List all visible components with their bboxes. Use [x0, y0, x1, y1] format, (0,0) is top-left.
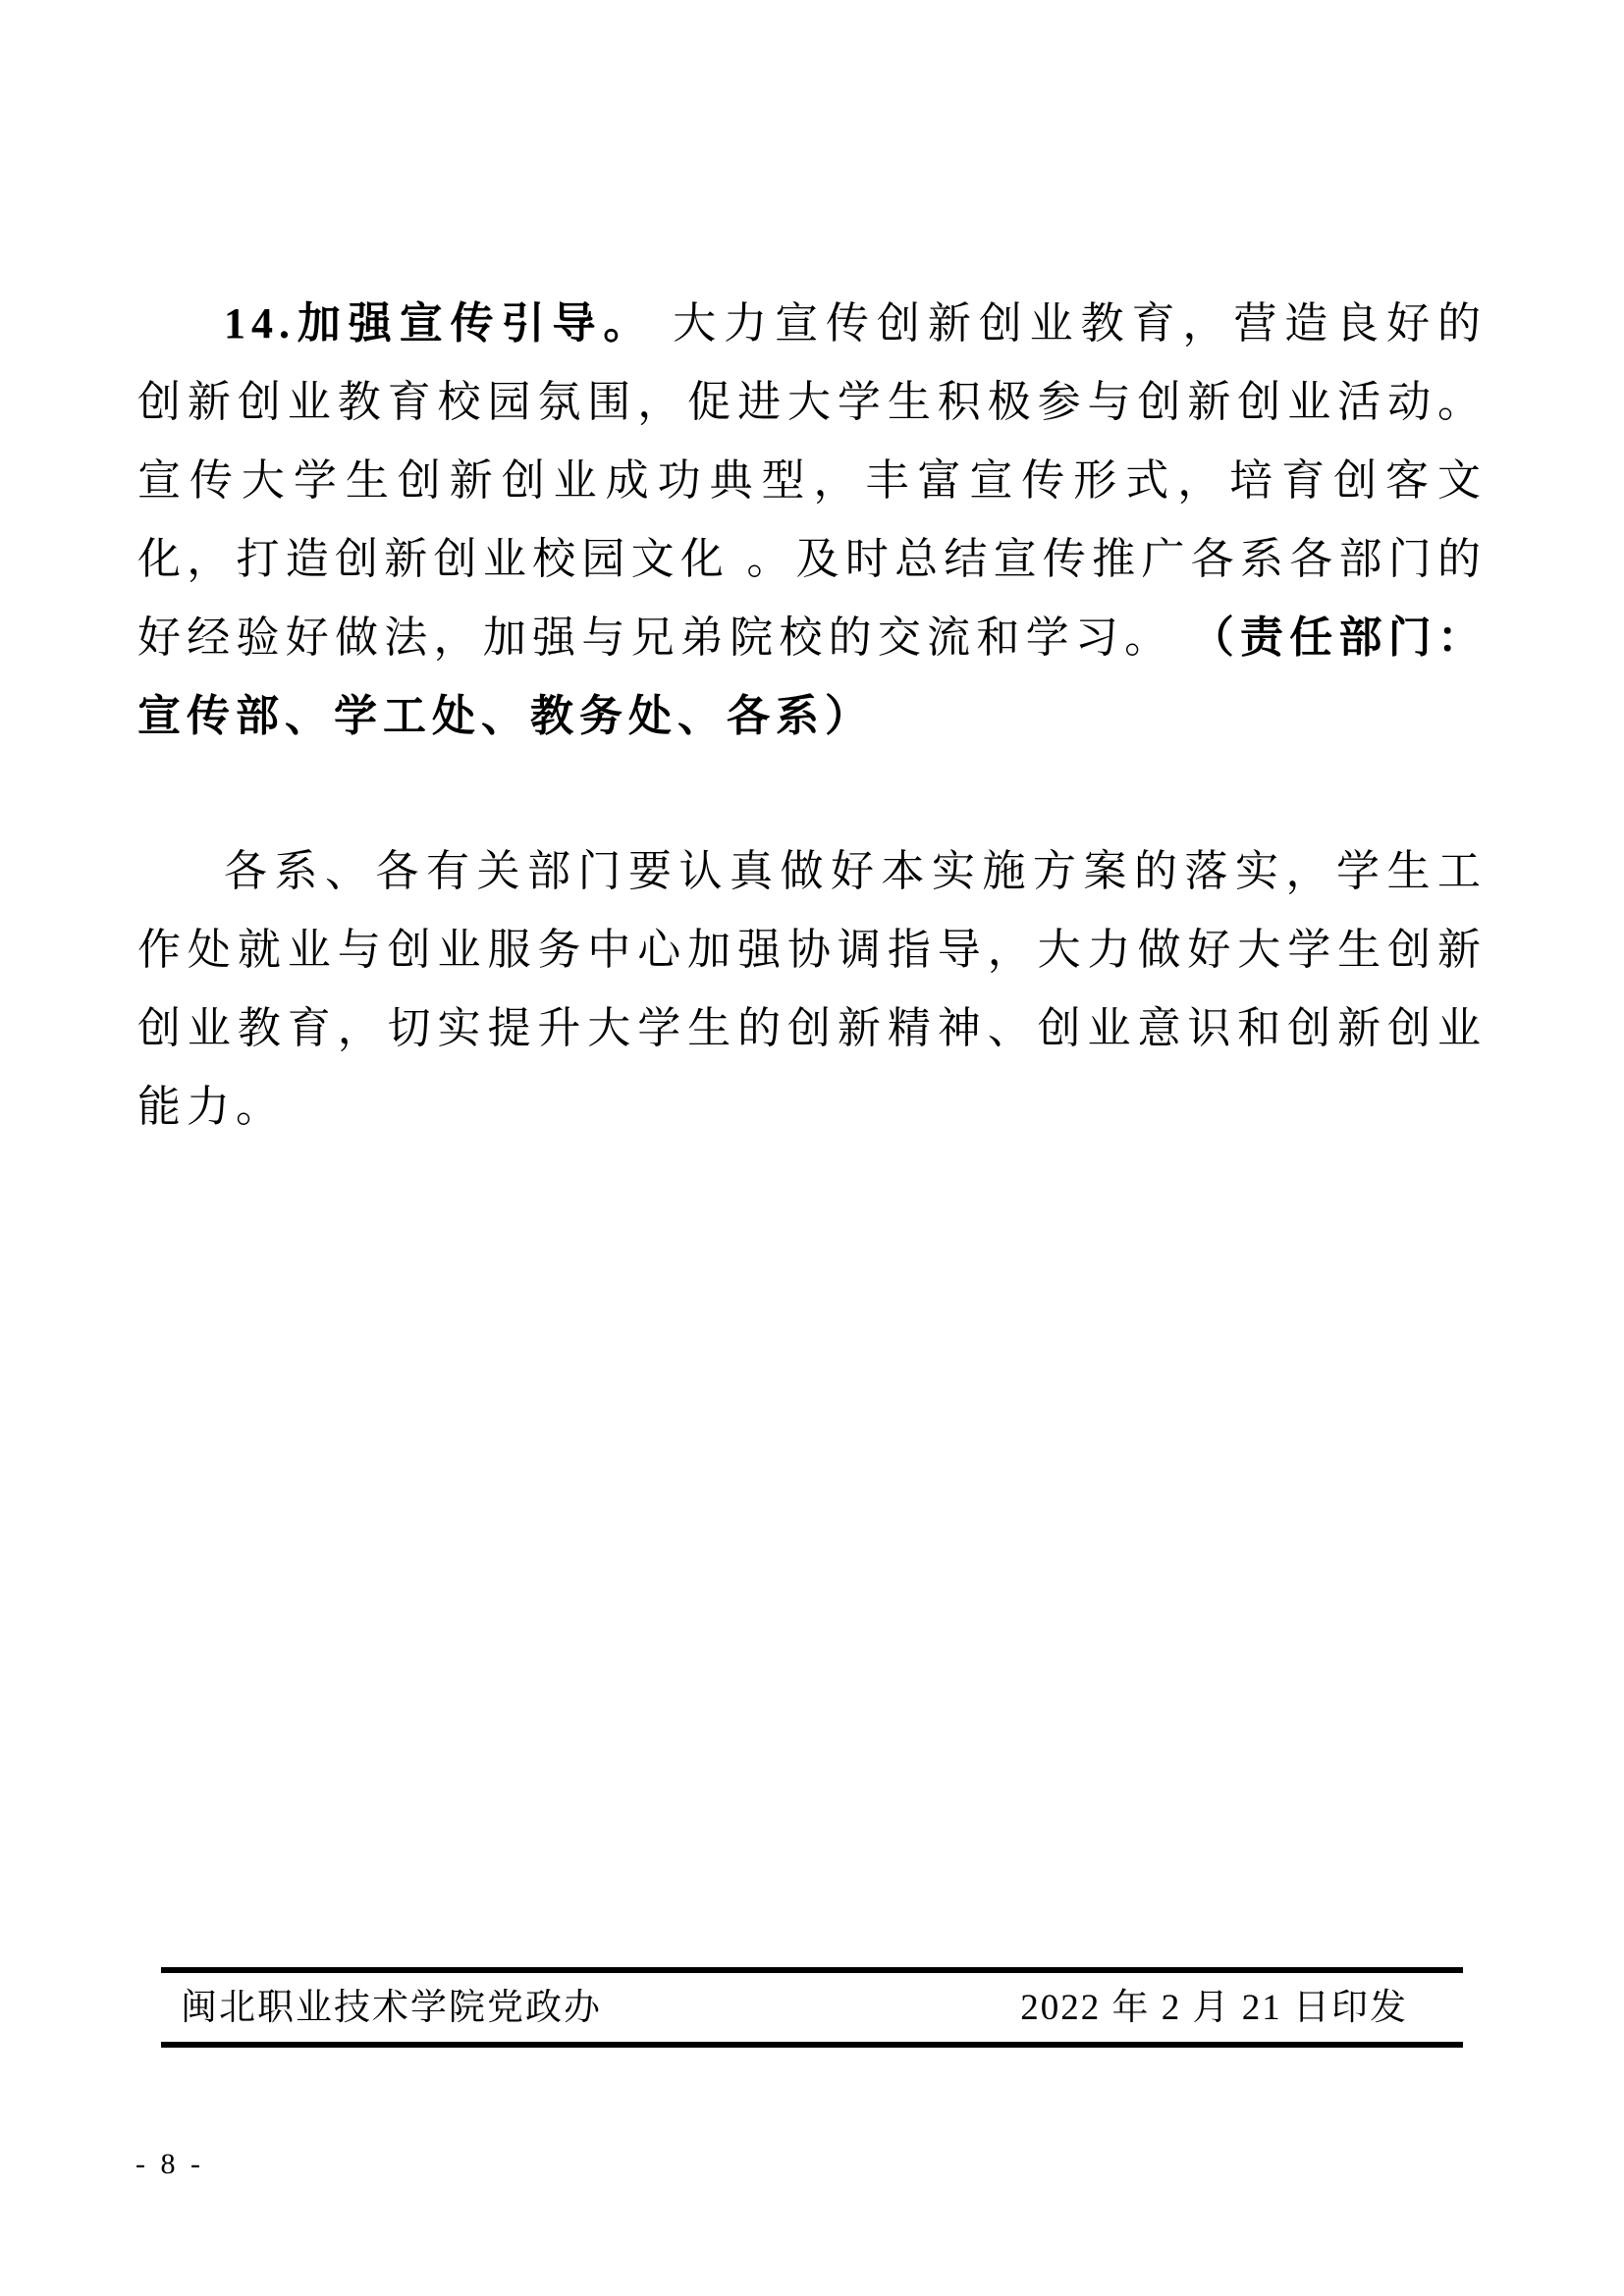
document-body: 14.加强宣传引导。 大力宣传创新创业教育，营造良好的创新创业教育校园氛围，促进…: [137, 285, 1487, 1147]
footer-band: 闽北职业技术学院党政办 2022 年 2 月 21 日印发: [161, 1981, 1463, 2036]
footer-print-date: 2022 年 2 月 21 日印发: [1020, 1981, 1463, 2036]
footer-divider-bottom: [161, 2042, 1463, 2048]
document-page: 14.加强宣传引导。 大力宣传创新创业教育，营造良好的创新创业教育校园氛围，促进…: [0, 0, 1624, 2296]
paragraph-14-heading: 14.加强宣传引导。: [224, 299, 654, 347]
paragraph-14: 14.加强宣传引导。 大力宣传创新创业教育，营造良好的创新创业教育校园氛围，促进…: [137, 285, 1487, 756]
footer-issuer: 闽北职业技术学院党政办: [161, 1981, 602, 2036]
footer-divider-top: [161, 1967, 1463, 1973]
paragraph-14-body-text: 大力宣传创新创业教育，营造良好的创新创业教育校园氛围，促进大学生积极参与创新创业…: [137, 299, 1487, 662]
closing-paragraph: 各系、各有关部门要认真做好本实施方案的落实，学生工作处就业与创业服务中心加强协调…: [137, 832, 1487, 1147]
page-number: - 8 -: [135, 2148, 204, 2181]
